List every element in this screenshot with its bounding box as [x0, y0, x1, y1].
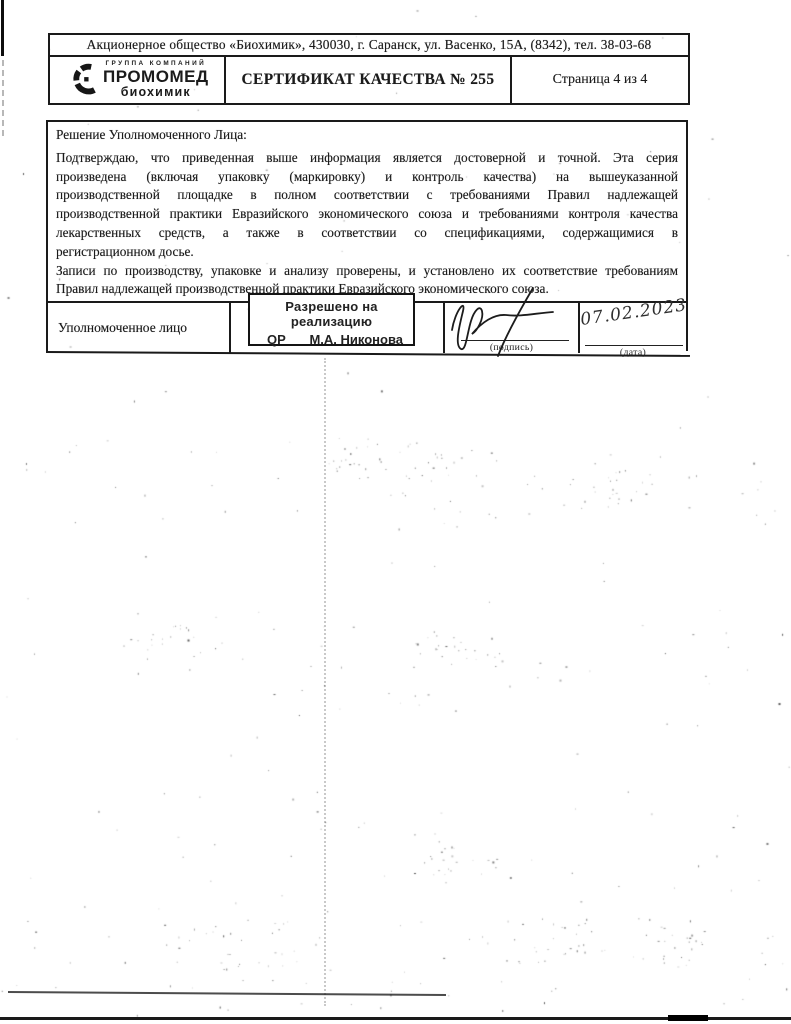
- company-logo: ГРУППА КОМПАНИЙ ПРОМОМЕД биохимик: [50, 57, 226, 103]
- certificate-header-table: Акционерное общество «Биохимик», 430030,…: [48, 33, 690, 105]
- release-stamp: Разрешено на реализацию QP М.А. Никонова: [248, 293, 415, 346]
- segmented-arc-logo-icon: [66, 61, 98, 99]
- document-title: СЕРТИФИКАТ КАЧЕСТВА № 255: [226, 57, 512, 103]
- company-address-line: Акционерное общество «Биохимик», 430030,…: [50, 35, 688, 57]
- authorized-person-label: Уполномоченное лицо: [48, 303, 231, 353]
- handwritten-signature: [440, 252, 600, 364]
- scanned-certificate-page: Акционерное общество «Биохимик», 430030,…: [0, 0, 791, 1024]
- release-stamp-name: М.А. Никонова: [309, 332, 403, 347]
- scan-edge-artifact: [1, 0, 4, 56]
- decision-heading: Решение Уполномоченного Лица:: [56, 126, 678, 145]
- decision-line: производственной площадке в полном соотв…: [56, 186, 678, 205]
- logo-sub-brand: биохимик: [121, 86, 191, 99]
- scan-edge-artifact-faint: [2, 60, 4, 136]
- page-fold-line: [324, 358, 326, 1006]
- page-indicator: Страница 4 из 4: [512, 57, 688, 103]
- page-bottom-edge-blob: [668, 1015, 708, 1021]
- decision-line: лекарственных средств, а также в соответ…: [56, 224, 678, 243]
- logo-brand: ПРОМОМЕД: [103, 68, 209, 85]
- release-stamp-title: Разрешено на реализацию: [250, 299, 413, 329]
- decision-line: Подтверждаю, что приведенная выше информ…: [56, 149, 678, 168]
- release-stamp-qp: QP: [267, 332, 286, 347]
- decision-line: произведена (включая упаковку (маркировк…: [56, 168, 678, 187]
- decision-line: производственной практики Евразийского э…: [56, 205, 678, 224]
